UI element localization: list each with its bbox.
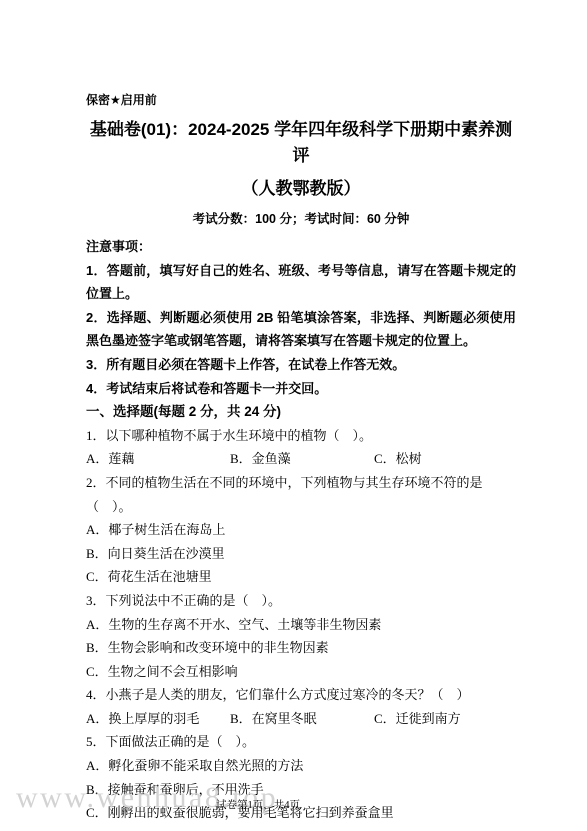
- notices-title: 注意事项：: [86, 235, 516, 259]
- option-item: A．椰子树生活在海岛上: [86, 518, 516, 542]
- notice-item: 2．选择题、判断题必须使用 2B 铅笔填涂答案，非选择、判断题必须使用黑色墨迹签…: [86, 306, 516, 353]
- page-footer: 试卷第1页，共4页: [216, 799, 300, 813]
- option-item: B．生物会影响和改变环境中的非生物因素: [86, 636, 516, 660]
- notices-section: 注意事项： 1．答题前，填写好自己的姓名、班级、考号等信息，请写在答题卡规定的位…: [86, 235, 516, 400]
- exam-info: 考试分数：100 分；考试时间：60 分钟: [86, 211, 516, 227]
- option-item: A．孵化蚕卵不能采取自然光照的方法: [86, 754, 516, 778]
- option-item: B．在窝里冬眠: [230, 707, 374, 731]
- questions-block: 1．以下哪种植物不属于水生环境中的植物（ ）。 A．莲藕B．金鱼藻C．松树 2．…: [86, 424, 516, 825]
- question-options: A．莲藕B．金鱼藻C．松树: [86, 447, 516, 471]
- option-item: A．生物的生存离不开水、空气、土壤等非生物因素: [86, 613, 516, 637]
- option-item: A．莲藕: [86, 447, 230, 471]
- exam-paper-page: www.wenhua8.top 保密★启用前 基础卷(01)：2024-2025…: [0, 0, 587, 831]
- option-item: C．松树: [374, 447, 422, 471]
- exam-title: 基础卷(01)：2024-2025 学年四年级科学下册期中素养测评: [86, 117, 516, 169]
- notice-item: 3．所有题目必须在答题卡上作答，在试卷上作答无效。: [86, 353, 516, 377]
- option-item: B．向日葵生活在沙漠里: [86, 542, 516, 566]
- option-item: C．荷花生活在池塘里: [86, 565, 516, 589]
- question-text: 4．小燕子是人类的朋友，它们靠什么方式度过寒冷的冬天？（ ）: [86, 683, 516, 707]
- exam-title-edition: （人教鄂教版）: [86, 176, 516, 202]
- option-item: C．迁徙到南方: [374, 707, 461, 731]
- notice-item: 1．答题前，填写好自己的姓名、班级、考号等信息，请写在答题卡规定的位置上。: [86, 259, 516, 306]
- question-text: 2．不同的植物生活在不同的环境中，下列植物与其生存环境不符的是（ ）。: [86, 471, 516, 518]
- question-text: 3．下列说法中不正确的是（ ）。: [86, 589, 516, 613]
- question-text: 5．下面做法正确的是（ ）。: [86, 730, 516, 754]
- security-notice: 保密★启用前: [86, 93, 516, 107]
- page-content: 保密★启用前 基础卷(01)：2024-2025 学年四年级科学下册期中素养测评…: [86, 93, 516, 825]
- question-options: A．换上厚厚的羽毛B．在窝里冬眠C．迁徙到南方: [86, 707, 516, 731]
- option-item: C．生物之间不会互相影响: [86, 660, 516, 684]
- section-header-choice-questions: 一、选择题(每题 2 分，共 24 分): [86, 400, 516, 424]
- option-item: A．换上厚厚的羽毛: [86, 707, 230, 731]
- question-text: 1．以下哪种植物不属于水生环境中的植物（ ）。: [86, 424, 516, 448]
- option-item: B．金鱼藻: [230, 447, 374, 471]
- notice-item: 4．考试结束后将试卷和答题卡一并交回。: [86, 377, 516, 401]
